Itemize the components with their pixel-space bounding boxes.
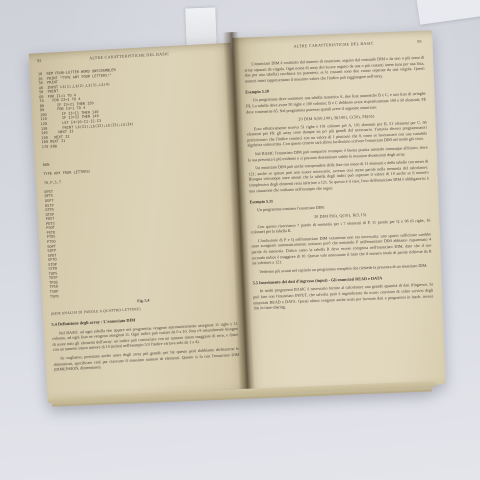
section-5-5-paragraph: In molti programmi BASIC è necessario fo… (253, 282, 434, 311)
program-run-output: RUN TYPE ANY FOUR LETTERS! ?O,P,S,T OPST… (42, 148, 235, 299)
example-5-10-paragraph-2: Esso effettivamente riserva 51 righe e 1… (247, 119, 428, 148)
left-page-header: 92 ALTRE CARATTERISTICHE DEL BASIC (37, 48, 223, 63)
book-page-left: 92 ALTRE CARATTERISTICHE DEL BASIC 10 RE… (29, 43, 249, 399)
right-page-header: ALTRE CARATTERISTICHE DEL BASIC 93 (244, 39, 424, 51)
left-page-number: 92 (37, 58, 41, 63)
dim-small-arrays-paragraph: Un enunciato DIM può anche comprendere d… (248, 159, 429, 194)
example-5-10-paragraph-1: Un programma deve contenere una tabella … (246, 91, 427, 115)
open-book: 92 ALTRE CARATTERISTICHE DEL BASIC 10 RE… (0, 0, 480, 480)
permutation-results: OPSTOPTSOSPTOSTPOTPSOTSPPOSTPOTSPSOTPSTO… (44, 180, 236, 299)
dim-intro-paragraph: L'enunciato DIM è costituito dal numero … (244, 55, 425, 84)
left-running-header: ALTRE CARATTERISTICHE DEL BASIC (89, 51, 169, 60)
right-page-number: 93 (417, 39, 421, 44)
book-page-right: ALTRE CARATTERISTICHE DEL BASIC 93 L'enu… (232, 30, 445, 391)
right-running-header: ALTRE CARATTERISTICHE DEL BASIC (293, 41, 373, 49)
basic-code-listing: 10 REM FOUR-LETTER WORD UNSCRAMBLER20 PR… (38, 62, 228, 149)
example-5-11-paragraph-2: L'inclusione di P e Q nell'enunciato DIM… (251, 231, 432, 266)
